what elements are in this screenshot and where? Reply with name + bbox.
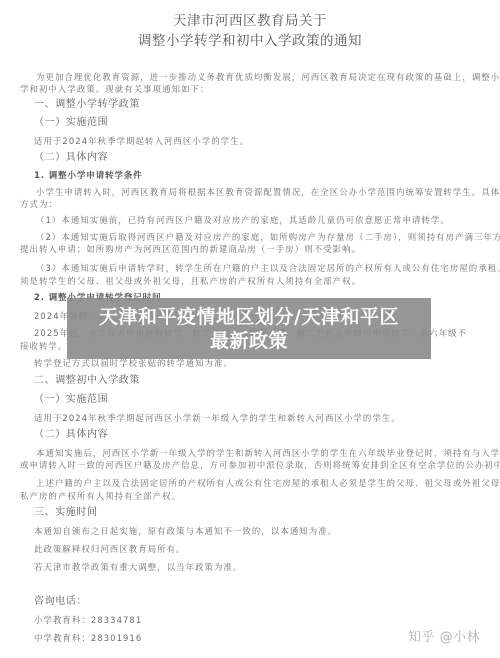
headline-line1: 天津和平疫情地区划分/天津和平区	[99, 305, 399, 329]
item2-text-line3: 接收转学。	[20, 340, 67, 352]
point3-text-line2: 须是转学生的父母、祖父母或外祖父母，且私产房的产权所有人须持有全部产权。	[20, 275, 361, 287]
item1-heading: 1. 调整小学申请转学条件	[34, 170, 143, 182]
contact-primary-label: 小学教育科：	[34, 615, 91, 625]
section3-line3: 若天津市教学政策有重大调整，以当年政策为准。	[34, 561, 242, 573]
contact-secondary: 中学教育科：28301916	[34, 632, 142, 644]
contact-primary: 小学教育科：28334781	[34, 614, 142, 626]
headline-line2: 最新政策	[210, 329, 288, 353]
contact-heading: 咨询电话：	[34, 596, 87, 608]
section2-para2-line1: 上述户籍的户主以及合法固定居所的产权所有人或公有住宅房屋的承租人必须是学生的父母…	[36, 477, 500, 489]
section2-heading: 二、调整初中入学政策	[34, 375, 140, 387]
point2-text-line2: 提出转入申请；如所购房产为河西区范围内的新建商品房（一手房）则不受影响。	[20, 243, 361, 255]
section3-line1: 本通知自颁布之日起实施，原有政策与本通知不一致的，以本通知为准。	[34, 525, 337, 537]
zhihu-watermark: 知乎 @小林	[408, 626, 480, 645]
section3-heading: 三、实施时间	[34, 507, 98, 519]
section1-scope-heading: （一）实施范围	[34, 117, 108, 129]
contact-primary-phone: 28334781	[91, 615, 142, 625]
section2-para2-line2: 私产房的产权所有人须持有全部产权。	[20, 490, 181, 502]
section2-para1-line2: 或申请转入时一致的河西区户籍及房产信息，方可参加初中派位录取，否则将统筹安排到全…	[20, 459, 500, 471]
point2-text-line1: （2）本通知实施后取得河西区户籍及对应房产的家庭，如所购房产为存量房（二手房），…	[36, 231, 500, 243]
section1-content-heading: （二）具体内容	[34, 152, 108, 164]
section3-line2: 此政策解释权归河西区教育局所有。	[34, 543, 186, 555]
section2-scope-text: 适用于2024年秋季学期起河西区小学新一年级入学的学生和新转入河西区小学的学生。	[34, 412, 401, 424]
point3-text-line1: （3）本通知实施后申请转学时，转学生所在户籍的户主以及合法固定居所的产权所有人或…	[36, 262, 500, 274]
item1-text-line1: 小学生申请转入时，河西区教育局将根据本区教育资源配置情况，在全区公办小学范围内统…	[36, 186, 500, 198]
section2-content-heading: （二）具体内容	[34, 429, 108, 441]
document-title-line2: 调整小学转学和初中入学政策的通知	[0, 29, 500, 49]
section2-para1-line1: 本通知实施后，河西区小学新一年级入学的学生和新转入河西区小学的学生在六年级毕业登…	[36, 447, 500, 459]
intro-paragraph-line2: 学和初中入学政策。现就有关事项通知如下：	[20, 83, 210, 95]
section2-scope-heading: （一）实施范围	[34, 394, 108, 406]
section1-scope-text: 适用于2024年秋季学期起转入河西区小学的学生。	[34, 135, 249, 147]
intro-paragraph-line1: 为更加合理优化教育资源，进一步推动义务教育优质均衡发展，河西区教育局决定在现有政…	[36, 71, 500, 83]
contact-secondary-phone: 28301916	[91, 633, 142, 643]
headline-overlay: 天津和平疫情地区划分/天津和平区 最新政策	[67, 298, 431, 359]
point1-text: （1）本通知实施前，已持有河西区户籍及对应房产的家庭，其适龄儿童仍可依意愿正常申…	[36, 214, 450, 226]
document-title-line1: 天津市河西区教育局关于	[0, 9, 500, 29]
item1-text-line2: 方式为：	[20, 198, 58, 210]
section1-heading: 一、调整小学转学政策	[34, 99, 140, 111]
contact-secondary-label: 中学教育科：	[34, 633, 91, 643]
